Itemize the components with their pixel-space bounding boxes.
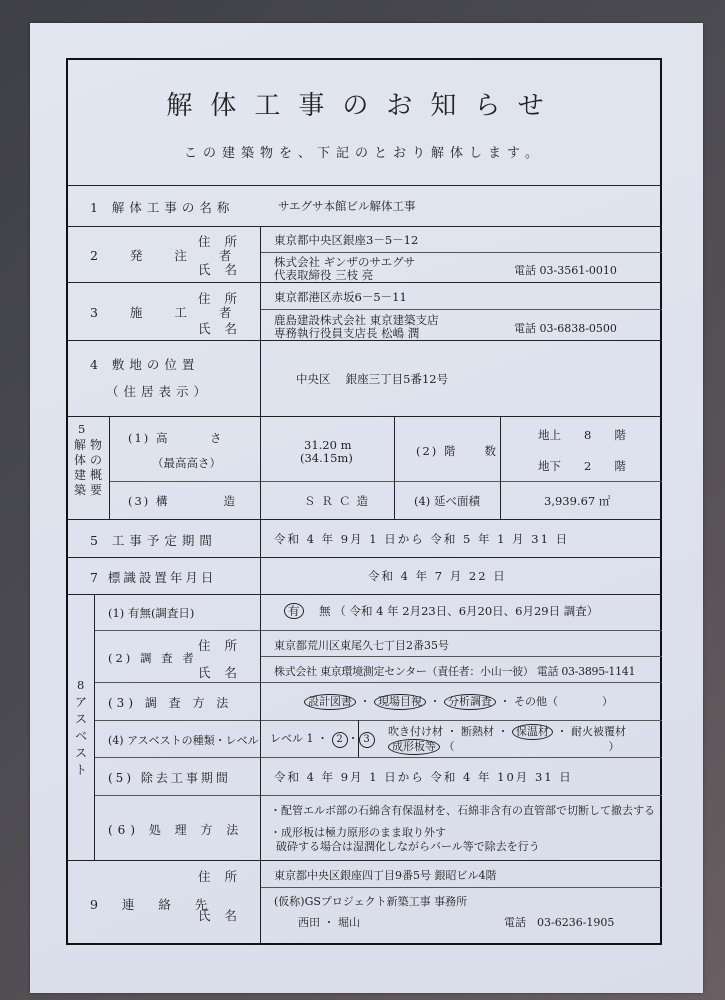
value-sign-date: 令和 4 年 7 月 22 日 xyxy=(368,568,507,584)
label-removal-period: (5) 除去工事期間 xyxy=(108,769,231,786)
char: の xyxy=(89,453,103,468)
char: ス xyxy=(74,745,88,762)
char: ア xyxy=(74,694,88,711)
label-address: 住 所 xyxy=(198,867,242,885)
circled-analysis: 分析調査 xyxy=(444,694,496,710)
materials-text: ・ 耐火被覆材 xyxy=(557,725,627,738)
circled-level-2: 2 xyxy=(332,732,348,748)
label-name: 氏 名 xyxy=(198,260,242,278)
label-address: 住 所 xyxy=(198,232,242,250)
divider xyxy=(68,594,662,595)
label-name: 氏 名 xyxy=(198,906,242,924)
value-client-address: 東京都中央区銀座3－5－12 xyxy=(274,232,418,248)
value-removal-period: 令和 4 年 9月 1 日から 令和 4 年 10月 31 日 xyxy=(274,769,573,785)
level-prefix: レベル 1 ・ xyxy=(270,732,328,745)
circled-molded-board: 成形板等 xyxy=(388,739,440,755)
value-floors-below: 地下 2 階 xyxy=(538,458,626,474)
label-residence-display: （住居表示） xyxy=(106,382,211,400)
other-method: その他（ ） xyxy=(514,695,613,708)
column-divider xyxy=(394,416,395,519)
divider xyxy=(94,682,662,683)
label-demolition-name: 1 解体工事の名称 xyxy=(90,198,234,216)
label-name: 氏 名 xyxy=(198,319,242,337)
presence-detail: 無 （ 令和 4 年 2月23日、6月20日、6月29日 調査） xyxy=(319,604,598,618)
label-asbestos-vertical: ア ス ベ ス ト xyxy=(74,694,88,779)
value-client-name-2: 代表取締役 三枝 亮 xyxy=(274,267,373,283)
value-asbestos-level: レベル 1 ・ 2・3 xyxy=(270,730,375,748)
circled-present: 有 xyxy=(284,603,304,619)
label-building-vertical-right: 物 の 概 要 xyxy=(89,438,103,498)
value-treatment-line-3: 破砕する場合は湿潤化しながらバール等で除去を行う xyxy=(276,838,540,854)
divider xyxy=(68,860,662,861)
value-asbestos-presence: 有 無 （ 令和 4 年 2月23日、6月20日、6月29日 調査） xyxy=(284,603,598,619)
notice-subtitle: この建築物を、下記のとおり解体します。 xyxy=(68,142,660,161)
label-asbestos-presence: (1) 有無(調査日) xyxy=(108,605,194,621)
label-sign-date: 7 標識設置年月日 xyxy=(90,568,216,586)
char: ス xyxy=(74,711,88,728)
value-client-phone: 電話 03-3561-0010 xyxy=(514,262,617,278)
divider xyxy=(68,185,662,186)
column-divider xyxy=(109,416,110,519)
value-construction-period: 令和 4 年 9月 1 日から 令和 5 年 1 月 31 日 xyxy=(274,531,569,547)
divider xyxy=(109,481,662,482)
divider xyxy=(94,630,662,631)
label-address: 住 所 xyxy=(198,636,242,654)
column-divider xyxy=(260,226,261,945)
value-site-location: 中央区 銀座三丁目5番12号 xyxy=(296,371,448,387)
value-contractor-name-2: 専務執行役員支店長 松嶋 潤 xyxy=(274,325,419,341)
value-treatment-line-1: ・配管エルボ部の石綿含有保温材を、石綿非含有の直管部で切断して撤去する xyxy=(270,802,655,818)
label-site-location: 4 敷地の位置 xyxy=(90,355,199,373)
label-structure: (3) 構 造 xyxy=(128,493,237,509)
value-max-height: (34.15m) xyxy=(300,451,353,465)
value-demolition-name: サエグサ本館ビル解体工事 xyxy=(278,198,416,214)
label-treatment-method: (6) 処 理 方 法 xyxy=(108,821,243,838)
value-floors-above: 地上 8 階 xyxy=(538,427,626,443)
notice-frame: 解体工事のお知らせ この建築物を、下記のとおり解体します。 1 解体工事の名称 … xyxy=(66,58,662,945)
label-height: (1) 高 さ xyxy=(128,430,223,446)
label-surveyor: (2) 調 査 者 xyxy=(108,650,197,666)
value-survey-methods: 設計図書 ・ 現場目視 ・ 分析調査 ・ その他（ ） xyxy=(304,693,613,710)
label-name: 氏 名 xyxy=(198,663,242,681)
value-height: 31.20 m xyxy=(304,438,351,452)
value-structure: ＳＲＣ造 xyxy=(304,493,374,509)
label-survey-method: (3) 調 査 方 法 xyxy=(108,694,232,711)
divider xyxy=(94,720,662,721)
divider xyxy=(68,416,662,417)
column-divider xyxy=(94,594,95,860)
materials-text: （ ） xyxy=(444,740,620,753)
divider xyxy=(68,557,662,558)
value-asbestos-materials-2: 成形板等 （ ） xyxy=(388,738,620,755)
char: 要 xyxy=(89,483,103,498)
label-floor-area: (4) 延べ面積 xyxy=(414,493,480,509)
divider xyxy=(260,887,662,888)
value-contact-office: (仮称)GSプロジェクト新築工事 事務所 xyxy=(274,893,467,909)
divider xyxy=(260,656,662,657)
char: 築 xyxy=(73,483,87,498)
divider xyxy=(260,309,662,310)
divider xyxy=(68,226,662,227)
char: 概 xyxy=(89,468,103,483)
divider xyxy=(94,757,662,758)
value-contact-phone: 電話 03-6236-1905 xyxy=(504,914,614,930)
divider xyxy=(68,519,662,520)
label-section-5-num: 5 xyxy=(78,422,85,436)
label-building-vertical-left: 解 体 建 築 xyxy=(73,438,87,498)
materials-text: 吹き付け材 ・ 断熱材 ・ xyxy=(388,725,509,738)
label-floors: (2) 階 数 xyxy=(416,443,498,459)
circled-level-3: 3 xyxy=(359,732,375,748)
label-section-8-num: 8 xyxy=(77,678,84,692)
value-surveyor-address: 東京都荒川区東尾久七丁目2番35号 xyxy=(274,637,449,653)
circled-site-visual: 現場目視 xyxy=(374,694,426,710)
char: 解 xyxy=(73,438,87,453)
label-max-height: （最高高さ） xyxy=(152,455,221,471)
value-contact-address: 東京都中央区銀座四丁目9番5号 銀昭ビル4階 xyxy=(274,867,497,883)
value-contractor-phone: 電話 03-6838-0500 xyxy=(514,320,617,336)
value-contractor-address: 東京都港区赤坂6－5－11 xyxy=(274,289,407,305)
value-contact-persons: 西田 ・ 堀山 xyxy=(298,914,360,930)
circled-design-docs: 設計図書 xyxy=(304,694,356,710)
value-surveyor-name: 株式会社 東京環境測定センター（責任者：小山一彼） 電話 03-3895-114… xyxy=(274,663,635,679)
label-construction-period: 5 工事予定期間 xyxy=(90,531,217,549)
char: 物 xyxy=(89,438,103,453)
value-floor-area: 3,939.67 ㎡ xyxy=(544,493,610,509)
label-address: 住 所 xyxy=(198,289,242,307)
column-divider xyxy=(500,416,501,519)
label-asbestos-type-level: (4) アスベストの種類・レベル xyxy=(108,732,259,748)
divider xyxy=(94,795,662,796)
char: 建 xyxy=(73,468,87,483)
char: ベ xyxy=(74,728,88,745)
divider xyxy=(260,252,662,253)
char: 体 xyxy=(73,453,87,468)
char: ト xyxy=(74,762,88,779)
notice-title: 解体工事のお知らせ xyxy=(68,85,660,122)
